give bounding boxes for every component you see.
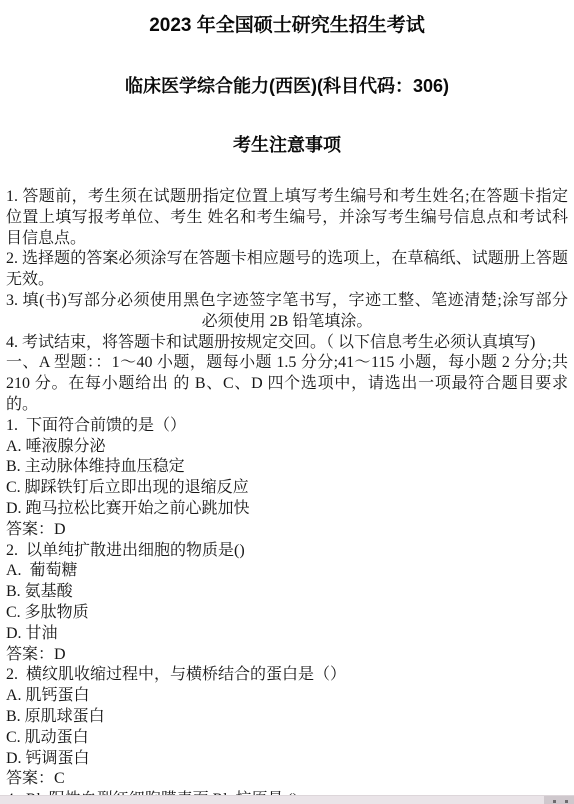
question-answer: 答案：D	[6, 520, 568, 541]
question-option: B. 主动脉体维持血压稳定	[6, 457, 568, 478]
exam-subject: 临床医学综合能力(西医)(科目代码：306)	[6, 75, 568, 97]
question-option: D. 钙调蛋白	[6, 749, 568, 770]
scrollbar-dot-icon	[553, 800, 556, 803]
exam-title: 2023 年全国硕士研究生招生考试	[6, 14, 568, 37]
notice-paragraph: 4. 考试结束，将答题卡和试题册按规定交回。（ 以下信息考生必须认真填写)	[6, 333, 568, 354]
question-option: A. 葡萄糖	[6, 561, 568, 582]
notice-heading: 考生注意事项	[6, 134, 568, 156]
question-answer: 答案：C	[6, 769, 568, 790]
question-stem: 1. 下面符合前馈的是（）	[6, 416, 568, 437]
notice-paragraph: 1. 答题前，考生须在试题册指定位置上填写考生编号和考生姓名;在答题卡指定位置上…	[6, 187, 568, 249]
notice-paragraph: 3. 填(书)写部分必须使用黑色字迹签字笔书写，字迹工整、笔迹清楚;涂写部分	[6, 291, 568, 312]
question-option: B. 氨基酸	[6, 582, 568, 603]
section-a-intro: 一、A 型题：：1～40 小题，题每小题 1.5 分分;41～115 小题，每小…	[6, 353, 568, 415]
notice-centered-line: 必须使用 2B 铅笔填涂。	[6, 312, 568, 333]
bottom-scrollbar[interactable]	[0, 795, 574, 804]
question-answer: 答案：D	[6, 645, 568, 666]
question-option: A. 肌钙蛋白	[6, 686, 568, 707]
exam-body: 1. 答题前，考生须在试题册指定位置上填写考生编号和考生姓名;在答题卡指定位置上…	[6, 187, 568, 799]
question-option: D. 跑马拉松比赛开始之前心跳加快	[6, 499, 568, 520]
scrollbar-thumb[interactable]	[544, 796, 574, 804]
question-option: A. 唾液腺分泌	[6, 437, 568, 458]
notice-paragraph: 2. 选择题的答案必须涂写在答题卡相应题号的选项上，在草稿纸、试题册上答题无效。	[6, 249, 568, 291]
question-option: C. 脚踩铁钉后立即出现的退缩反应	[6, 478, 568, 499]
question-stem: 2. 以单纯扩散进出细胞的物质是()	[6, 541, 568, 562]
question-option: C. 多肽物质	[6, 603, 568, 624]
scrollbar-dot-icon	[565, 800, 568, 803]
exam-document-page: 2023 年全国硕士研究生招生考试 临床医学综合能力(西医)(科目代码：306)…	[0, 0, 574, 804]
question-stem: 2. 横纹肌收缩过程中，与横桥结合的蛋白是（）	[6, 665, 568, 686]
question-option: D. 甘油	[6, 624, 568, 645]
question-option: C. 肌动蛋白	[6, 728, 568, 749]
question-option: B. 原肌球蛋白	[6, 707, 568, 728]
